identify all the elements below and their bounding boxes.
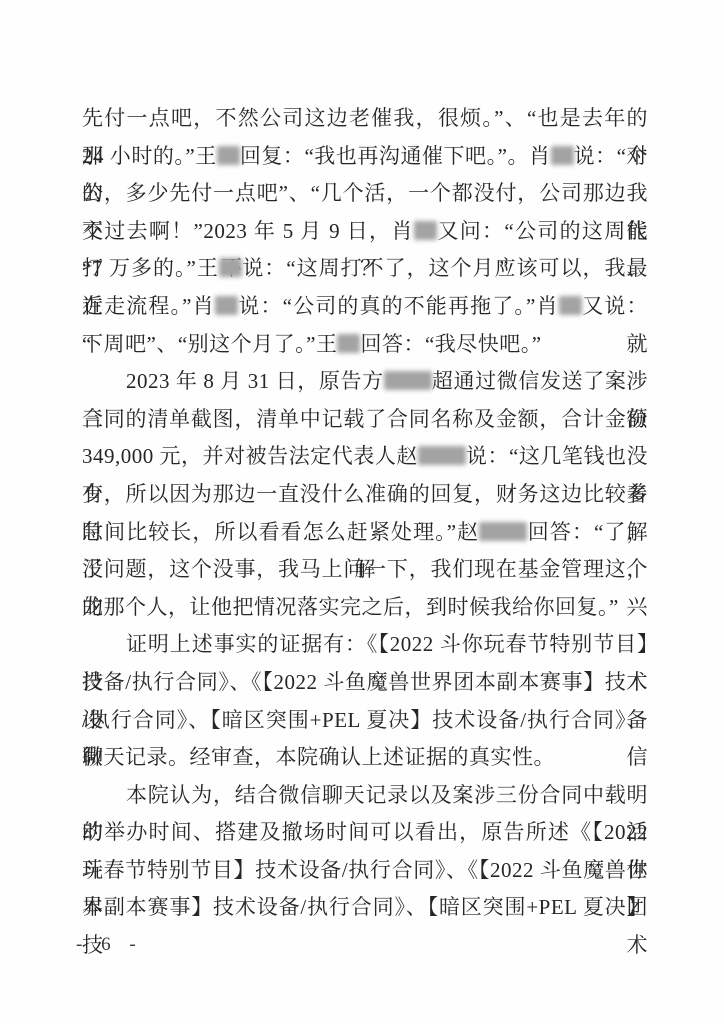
text-line: 本院认为，结合微信聊天记录以及案涉三份合同中载明的活 [82, 777, 648, 815]
text-segment: “7 万多的。”王 [82, 256, 219, 280]
text-line: /执行合同》、【暗区突围+PEL 夏决】技术设备/执行合同》、微信 [82, 702, 648, 740]
text-line: 的，多少先付一点吧”、“几个活，一个都没付，公司那边我交代 [82, 175, 648, 213]
text-segment: 的那个人，让他把情况落实完之后，到时候我给你回复。” [82, 595, 619, 619]
redacted-name [219, 258, 242, 277]
text-segment: 本副本赛事】技术设备/执行合同》、【暗区突围+PEL 夏决】技术 [82, 895, 648, 957]
text-line: 合同的清单截图，清单中记载了合同名称及金额，合计金额 [82, 401, 648, 439]
text-segment: 时间比较长，所以看看怎么赶紧处理。”赵 [82, 520, 479, 544]
redacted-name [384, 371, 432, 390]
text-segment: 下周吧”、“别这个月了。”王 [82, 332, 337, 356]
document-body: 先付一点吧，不然公司这边老催我，很烦。”、“也是去年的那个24 小时的。”王回复… [82, 100, 648, 927]
text-segment: 不过去啊！”2023 年 5 月 9 日，肖 [82, 219, 414, 243]
text-segment: 合同的清单截图，清单中记载了合同名称及金额，合计金额 [82, 407, 648, 431]
court-document-page: 先付一点吧，不然公司这边老催我，很烦。”、“也是去年的那个24 小时的。”王回复… [0, 0, 724, 1024]
text-segment: 24 小时的。”王 [82, 144, 217, 168]
text-segment: 2023 年 8 月 31 日，原告方 [126, 369, 384, 393]
text-segment: 回复：“我也再沟通催下吧。”。肖 [240, 144, 551, 168]
redacted-name [337, 334, 360, 353]
redacted-name [559, 296, 582, 315]
text-line: 不过去啊！”2023 年 5 月 9 日，肖又问：“公司的这周能打不？”、 [82, 213, 648, 251]
redacted-name [418, 446, 466, 465]
text-line: 先付一点吧，不然公司这边老催我，很烦。”、“也是去年的那个 [82, 100, 648, 138]
text-line: 动举办时间、搭建及撤场时间可以看出，原告所述《【2022 斗你 [82, 814, 648, 852]
redacted-name [551, 146, 574, 165]
text-line: “7 万多的。”王说：“这周打不了，这个月应该可以，我最近 [82, 250, 648, 288]
text-line: 时间比较长，所以看看怎么赶紧处理。”赵回答：“了解了解， [82, 514, 648, 552]
text-line: 证明上述事实的证据有：《【2022 斗你玩春节特别节目】技术 [82, 626, 648, 664]
text-line: 2023 年 8 月 31 日，原告方超通过微信发送了案涉三份 [82, 363, 648, 401]
page-number: - 6 - [76, 934, 143, 956]
redacted-name [414, 221, 437, 240]
text-line: 的那个人，让他把情况落实完之后，到时候我给你回复。” [82, 589, 648, 627]
redacted-name [217, 146, 240, 165]
redacted-name [479, 522, 527, 541]
text-segment: 回答：“我尽快吧。” [360, 332, 541, 356]
text-line: 设备/执行合同》、《【2022 斗鱼魔兽世界团本副本赛事】技术设备 [82, 664, 648, 702]
text-line: 玩春节特别节目】技术设备/执行合同》、《【2022 斗鱼魔兽世界团 [82, 852, 648, 890]
text-line: 少，所以因为那边一直没什么准确的回复，财务这边比较着急， [82, 476, 648, 514]
text-line: 本副本赛事】技术设备/执行合同》、【暗区突围+PEL 夏决】技术 [82, 889, 648, 927]
text-line: 24 小时的。”王回复：“我也再沟通催下吧。”。肖说：“对公 [82, 138, 648, 176]
redacted-name [215, 296, 238, 315]
text-segment: 在走流程。”肖 [82, 294, 215, 318]
text-line: 在走流程。”肖说：“公司的真的不能再拖了。”肖又说：“就 [82, 288, 648, 326]
text-segment: 聊天记录。经审查，本院确认上述证据的真实性。 [82, 745, 555, 769]
text-segment: 349,000 元，并对被告法定代表人赵 [82, 444, 418, 468]
text-segment: 说：“公司的真的不能再拖了。”肖 [238, 294, 559, 318]
text-line: 没问题，这个没事，我马上问一下，我们现在基金管理这个龙兴 [82, 551, 648, 589]
text-line: 349,000 元，并对被告法定代表人赵说：“这几笔钱也没有多 [82, 438, 648, 476]
